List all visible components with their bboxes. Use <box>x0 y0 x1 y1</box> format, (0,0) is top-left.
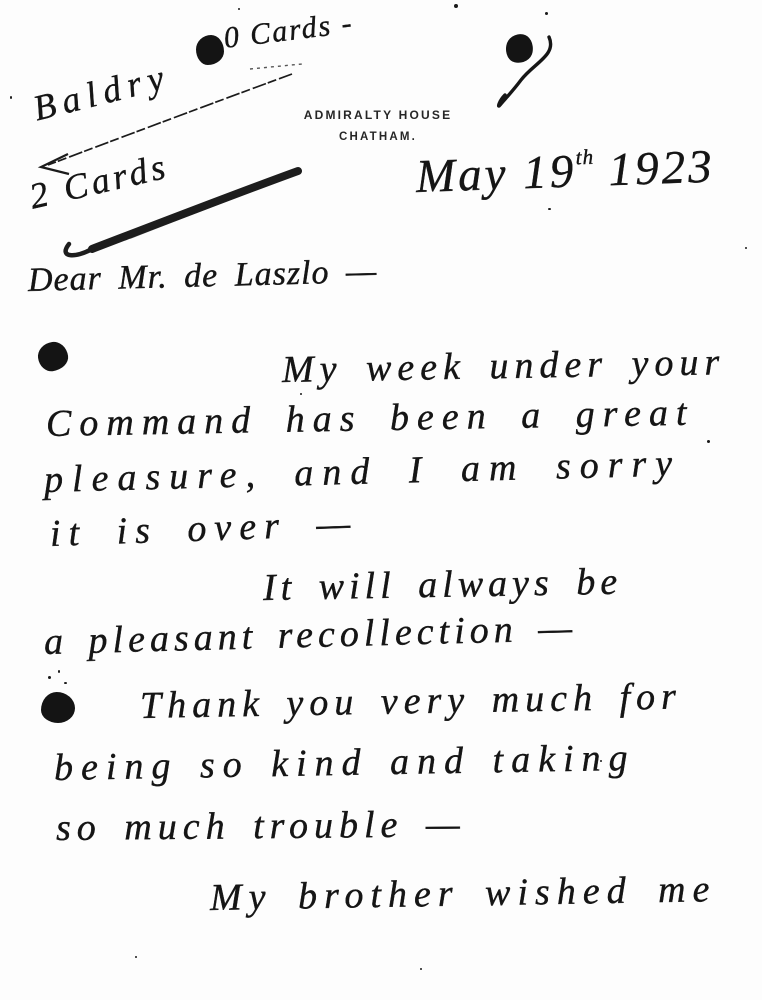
noise-speck <box>545 12 548 15</box>
ink-blot <box>41 692 75 723</box>
ink-blot <box>36 340 70 373</box>
letter-line: a pleasant recollection — <box>43 606 577 664</box>
noise-speck <box>58 670 60 673</box>
date-year: 1923 <box>608 141 716 197</box>
letter-line: being so kind and taking <box>54 736 636 790</box>
letter-line: pleasure, and I am sorry <box>43 441 681 502</box>
letter-line: Command has been a great <box>46 391 695 446</box>
letterhead: ADMIRALTY HOUSE CHATHAM. <box>0 108 756 143</box>
noise-speck <box>64 682 67 684</box>
letter-line: it is over — <box>49 501 359 556</box>
noise-speck <box>600 760 602 762</box>
noise-speck <box>454 4 458 8</box>
letter-line: My week under your <box>282 340 726 392</box>
noise-speck <box>10 96 12 99</box>
noise-speck <box>420 968 422 970</box>
date-ordinal: th <box>575 145 594 170</box>
noise-speck <box>548 208 551 210</box>
annotation-cards-lower: 2 Cards <box>25 145 173 218</box>
date-day: May 19 <box>415 145 577 203</box>
date-line: May 19th1923 <box>415 140 715 204</box>
noise-speck <box>707 440 710 443</box>
letter-line: My brother wished me <box>210 867 717 920</box>
letter-line: so much trouble — <box>56 802 466 850</box>
noise-speck <box>745 247 747 249</box>
letter-line: It will always be <box>263 560 623 610</box>
letter-line: Thank you very much for <box>140 675 683 728</box>
noise-speck <box>300 393 302 395</box>
dotted-trail <box>250 64 302 69</box>
letterhead-line1: ADMIRALTY HOUSE <box>0 108 756 122</box>
ink-blot <box>196 35 224 65</box>
ink-blot <box>504 32 536 65</box>
letter-page: 0 Cards - Baldry 2 Cards ADMIRALTY HOUSE… <box>0 0 762 1000</box>
noise-speck <box>238 8 240 10</box>
noise-speck <box>48 676 51 679</box>
noise-speck <box>135 956 137 958</box>
annotation-cards-top: 0 Cards - <box>222 6 355 56</box>
salutation-line: Dear Mr. de Laszlo — <box>28 253 378 300</box>
